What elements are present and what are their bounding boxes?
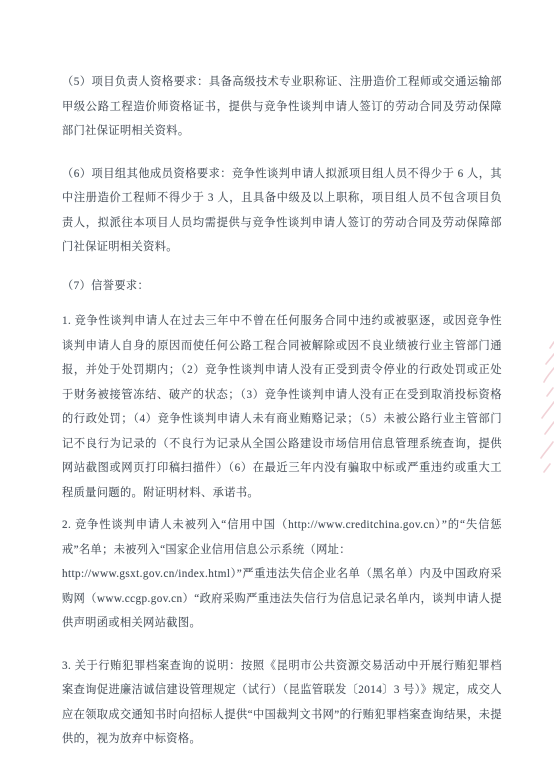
credit-requirement-1: 1. 竞争性谈判申请人在过去三年中不曾在任何服务合同中违约或被驱逐，或因竞争性谈… bbox=[62, 309, 502, 505]
clause-5-project-leader-qualification: （5）项目负责人资格要求：具备高级技术专业职称证、注册造价工程师或交通运输部甲级… bbox=[62, 70, 502, 144]
handwriting-artifact bbox=[520, 330, 554, 490]
credit-requirement-3: 3. 关于行贿犯罪档案查询的说明：按照《昆明市公共资源交易活动中开展行贿犯罪档案… bbox=[62, 654, 502, 752]
document-page: （5）项目负责人资格要求：具备高级技术专业职称证、注册造价工程师或交通运输部甲级… bbox=[0, 0, 554, 777]
clause-7-credit-requirements-heading: （7）信誉要求： bbox=[62, 274, 502, 299]
document-body: （5）项目负责人资格要求：具备高级技术专业职称证、注册造价工程师或交通运输部甲级… bbox=[62, 70, 502, 752]
clause-6-team-member-qualification: （6）项目组其他成员资格要求：竞争性谈判申请人拟派项目组人员不得少于 6 人，其… bbox=[62, 162, 502, 260]
credit-requirement-2: 2. 竞争性谈判申请人未被列入“信用中国（http://www.creditch… bbox=[62, 513, 502, 636]
